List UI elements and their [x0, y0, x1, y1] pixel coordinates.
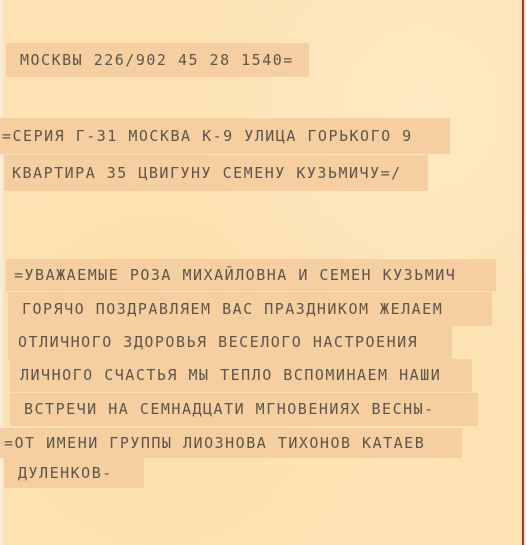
- message-tape-1: =УВАЖАЕМЫЕ РОЗА МИХАЙЛОВНА И СЕМЕН КУЗЬМ…: [6, 259, 496, 291]
- message-line-3: ОТЛИЧНОГО ЗДОРОВЬЯ ВЕСЕЛОГО НАСТРОЕНИЯ: [18, 326, 418, 359]
- address-tape-2: КВАРТИРА 35 ЦВИГУНУ СЕМЕНУ КУЗЬМИЧУ=/: [4, 155, 428, 191]
- header-line: МОСКВЫ 226/902 45 28 1540=: [20, 43, 294, 77]
- message-tape-6: =ОТ ИМЕНИ ГРУППЫ ЛИОЗНОВА ТИХОНОВ КАТАЕВ: [0, 428, 462, 458]
- message-line-7: ДУЛЕНКОВ-: [18, 458, 113, 488]
- message-line-4: ЛИЧНОГО СЧАСТЬЯ МЫ ТЕПЛО ВСПОМИНАЕМ НАШИ: [20, 359, 441, 392]
- message-line-1: =УВАЖАЕМЫЕ РОЗА МИХАЙЛОВНА И СЕМЕН КУЗЬМ…: [14, 259, 456, 291]
- header-tape: МОСКВЫ 226/902 45 28 1540=: [6, 43, 309, 77]
- address-line-2: КВАРТИРА 35 ЦВИГУНУ СЕМЕНУ КУЗЬМИЧУ=/: [12, 155, 402, 191]
- address-tape-1: =СЕРИЯ Г-31 МОСКВА К-9 УЛИЦА ГОРЬКОГО 9: [0, 118, 450, 154]
- message-line-5: ВСТРЕЧИ НА СЕМНАДЦАТИ МГНОВЕНИЯХ ВЕСНЫ-: [24, 393, 435, 426]
- message-tape-3: ОТЛИЧНОГО ЗДОРОВЬЯ ВЕСЕЛОГО НАСТРОЕНИЯ: [8, 326, 452, 359]
- message-tape-7: ДУЛЕНКОВ-: [4, 458, 144, 488]
- message-line-6: =ОТ ИМЕНИ ГРУППЫ ЛИОЗНОВА ТИХОНОВ КАТАЕВ: [4, 428, 425, 458]
- message-tape-5: ВСТРЕЧИ НА СЕМНАДЦАТИ МГНОВЕНИЯХ ВЕСНЫ-: [10, 393, 478, 426]
- address-line-1: =СЕРИЯ Г-31 МОСКВА К-9 УЛИЦА ГОРЬКОГО 9: [2, 118, 413, 154]
- telegram-sheet: МОСКВЫ 226/902 45 28 1540= =СЕРИЯ Г-31 М…: [0, 0, 526, 545]
- message-tape-2: ГОРЯЧО ПОЗДРАВЛЯЕМ ВАС ПРАЗДНИКОМ ЖЕЛАЕМ: [8, 292, 492, 326]
- left-edge: [0, 0, 3, 545]
- message-tape-4: ЛИЧНОГО СЧАСТЬЯ МЫ ТЕПЛО ВСПОМИНАЕМ НАШИ: [10, 359, 472, 392]
- message-line-2: ГОРЯЧО ПОЗДРАВЛЯЕМ ВАС ПРАЗДНИКОМ ЖЕЛАЕМ: [22, 292, 443, 326]
